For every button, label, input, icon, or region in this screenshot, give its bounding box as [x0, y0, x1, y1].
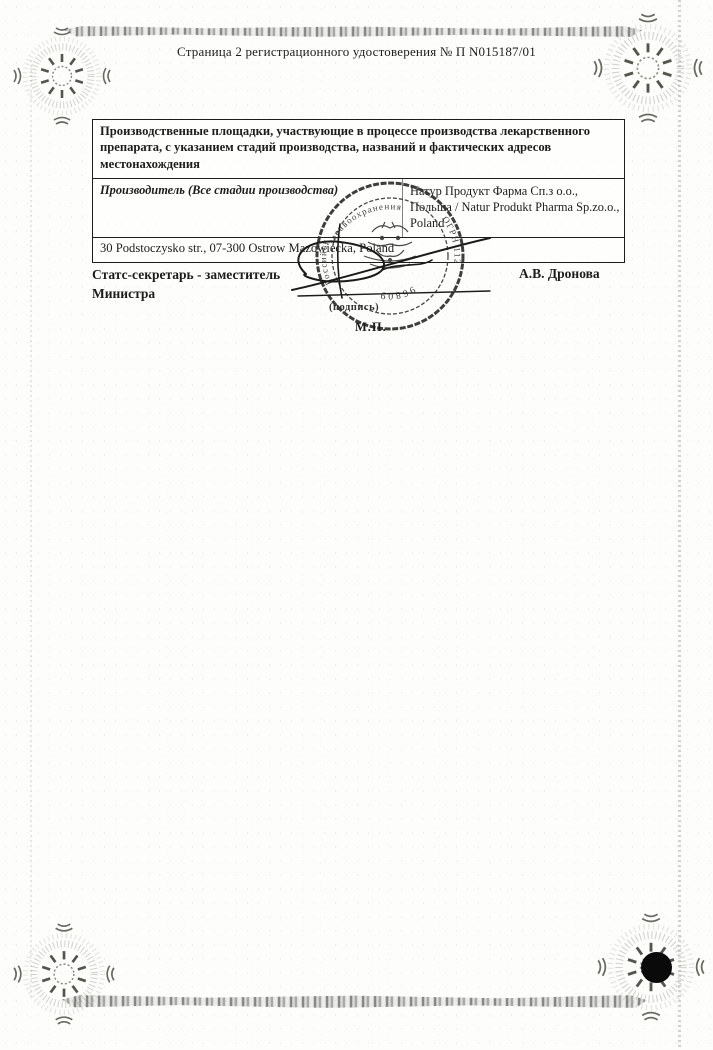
signer-title-line1: Статс-секретарь - заместитель [92, 266, 322, 285]
scanned-certificate-page: Страница 2 регистрационного удостоверени… [0, 0, 713, 1050]
rosette-ornament-top-left-icon [12, 26, 112, 126]
hole-punch-mark [641, 952, 672, 983]
page-title: Страница 2 регистрационного удостоверени… [0, 44, 713, 60]
signer-name: А.В. Дронова [519, 266, 600, 282]
seal-place-caption: М.П. [355, 320, 387, 335]
scan-smudge-band-top [64, 26, 642, 37]
rosette-ornament-bottom-left-icon [12, 922, 116, 1026]
scan-fold-line-right [678, 0, 681, 1050]
signer-title: Статс-секретарь - заместитель Министра [92, 266, 322, 304]
scan-smudge-band-bottom [62, 995, 647, 1008]
scan-fold-line-left [30, 60, 32, 1000]
signer-title-line2: Министра [92, 285, 322, 304]
signature-caption: (подпись) [329, 302, 379, 313]
